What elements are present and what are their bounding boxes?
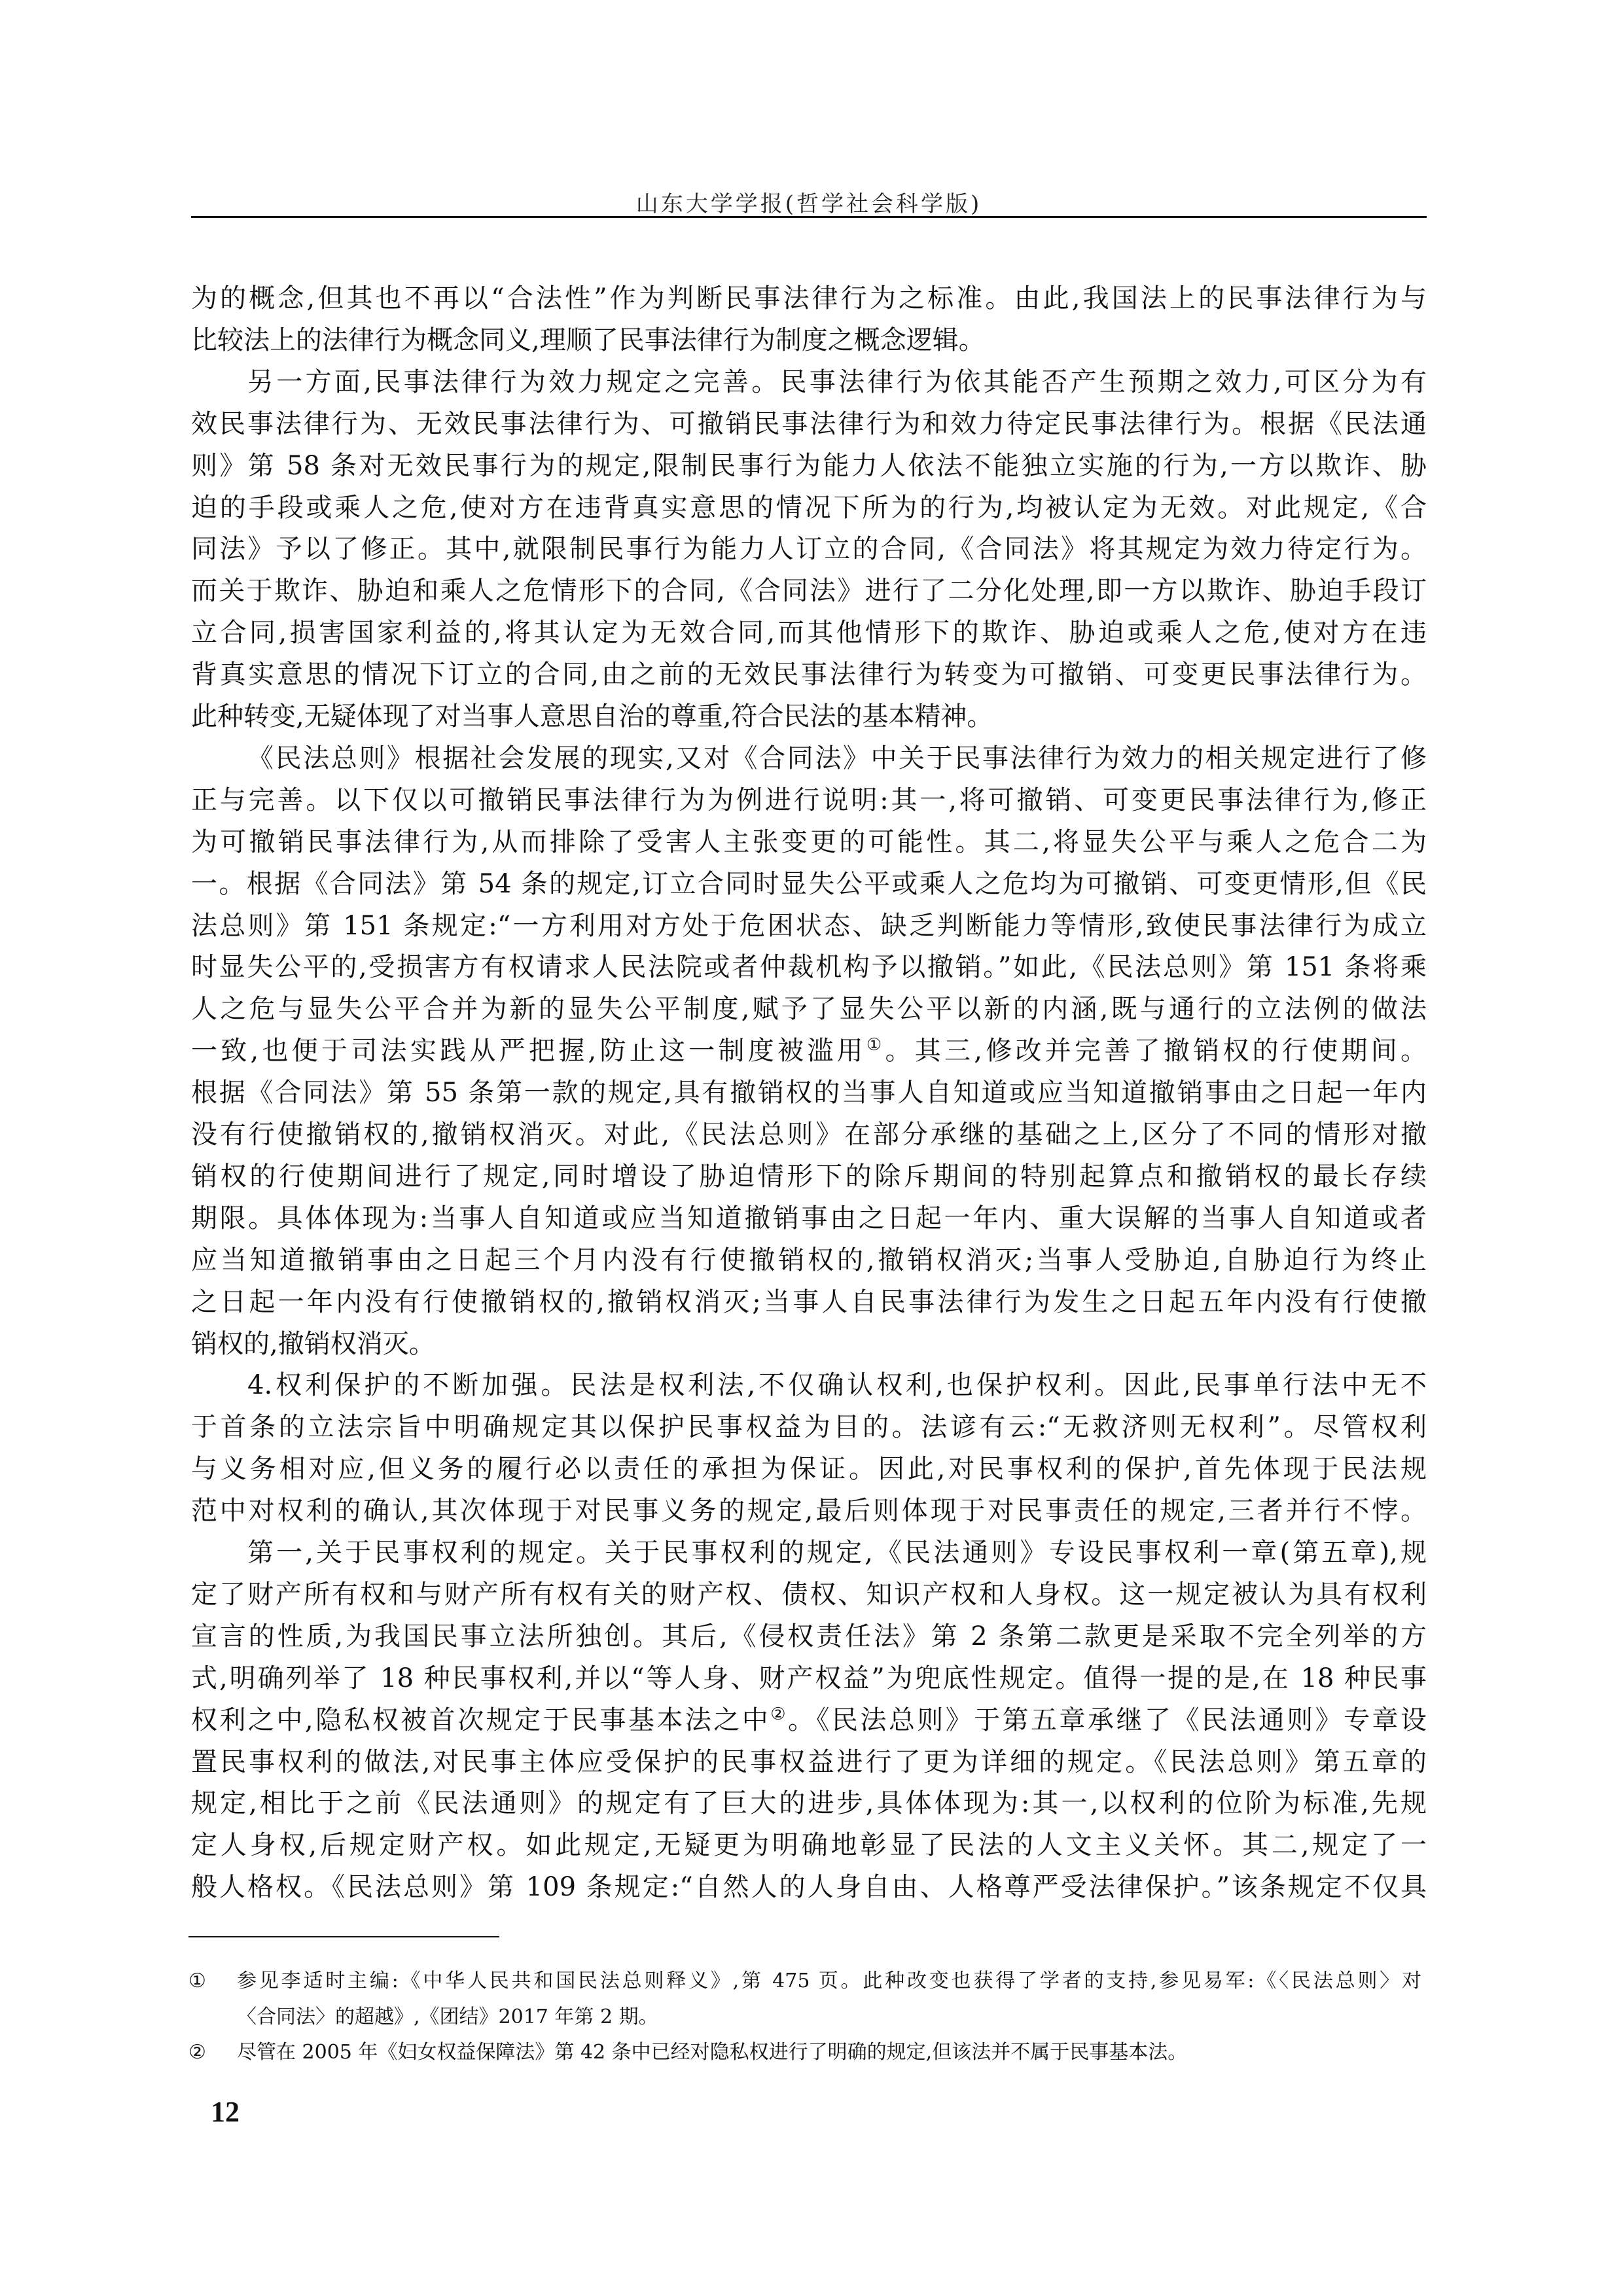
journal-page: 山东大学学报(哲学社会科学版) 为的概念,但其也不再以“合法性”作为判断民事法律…	[0, 0, 1623, 2296]
line-text: 根据《合同法》第 55 条第一款的规定,具有撤销权的当事人自知道或应当知道撤销事…	[191, 1078, 1427, 1108]
body-text-line: 定了财产所有权和与财产所有权有关的财产权、债权、知识产权和人身权。这一规定被认为…	[191, 1574, 1427, 1616]
line-text: 同法》予以了修正。其中,就限制民事行为能力人订立的合同,《合同法》将其规定为效力…	[191, 534, 1427, 564]
line-text: 定人身权,后规定财产权。如此规定,无疑更为明确地彰显了民法的人文主义关怀。其二,…	[191, 1830, 1427, 1860]
body-text-line: 一。根据《合同法》第 54 条的规定,订立合同时显失公平或乘人之危均为可撤销、可…	[191, 863, 1427, 905]
body-text-line: 则》第 58 条对无效民事行为的规定,限制民事行为能力人依法不能独立实施的行为,…	[191, 445, 1427, 487]
body-text-line: 立合同,损害国家利益的,将其认定为无效合同,而其他情形下的欺诈、胁迫或乘人之危,…	[191, 612, 1427, 654]
line-text: 法总则》第 151 条规定:“一方利用对方处于危困状态、缺乏判断能力等情形,致使…	[191, 911, 1427, 941]
body-text-line: 效民事法律行为、无效民事法律行为、可撤销民事法律行为和效力待定民事法律行为。根据…	[191, 403, 1427, 445]
body-text-line: 第一,关于民事权利的规定。关于民事权利的规定,《民法通则》专设民事权利一章(第五…	[247, 1532, 1427, 1574]
footnote-marker: ②	[188, 2035, 221, 2070]
line-text: 此种转变,无疑体现了对当事人意思自治的尊重,符合民法的基本精神。	[191, 701, 993, 732]
body-text-line: 此种转变,无疑体现了对当事人意思自治的尊重,符合民法的基本精神。	[191, 696, 1427, 737]
line-text: 一致,也便于司法实践从严把握,防止这一制度被滥用	[191, 1036, 866, 1066]
line-text: 式,明确列举了 18 种民事权利,并以“等人身、财产权益”为兜底性规定。值得一提…	[191, 1663, 1427, 1693]
body-text-line: 应当知道撤销事由之日起三个月内没有行使撤销权的,撤销权消灭;当事人受胁迫,自胁迫…	[191, 1239, 1427, 1281]
line-text: 第一,关于民事权利的规定。关于民事权利的规定,《民法通则》专设民事权利一章(第五…	[247, 1538, 1427, 1568]
body-text-line: 销权的行使期间进行了规定,同时增设了胁迫情形下的除斥期间的特别起算点和撤销权的最…	[191, 1156, 1427, 1197]
line-text: 权利之中,隐私权被首次规定于民事基本法之中	[191, 1705, 770, 1735]
line-text-continued: 。其三,修改并完善了撤销权的行使期间。	[885, 1036, 1427, 1066]
line-text: 于首条的立法宗旨中明确规定其以保护民事权益为目的。法谚有云:“无救济则无权利”。…	[191, 1412, 1427, 1442]
body-text-line: 根据《合同法》第 55 条第一款的规定,具有撤销权的当事人自知道或应当知道撤销事…	[191, 1072, 1427, 1114]
line-text: 范中对权利的确认,其次体现于对民事义务的规定,最后则体现于对民事责任的规定,三者…	[191, 1496, 1427, 1526]
body-text-line: 一致,也便于司法实践从严把握,防止这一制度被滥用①。其三,修改并完善了撤销权的行…	[191, 1030, 1427, 1072]
line-text: 而关于欺诈、胁迫和乘人之危情形下的合同,《合同法》进行了二分化处理,即一方以欺诈…	[191, 576, 1427, 606]
body-text-line: 为的概念,但其也不再以“合法性”作为判断民事法律行为之标准。由此,我国法上的民事…	[191, 277, 1427, 319]
body-text-line: 《民法总则》根据社会发展的现实,又对《合同法》中关于民事法律行为效力的相关规定进…	[247, 737, 1427, 779]
line-text: 另一方面,民事法律行为效力规定之完善。民事法律行为依其能否产生预期之效力,可区分…	[247, 367, 1427, 397]
body-text-line: 同法》予以了修正。其中,就限制民事行为能力人订立的合同,《合同法》将其规定为效力…	[191, 528, 1427, 570]
line-text: 应当知道撤销事由之日起三个月内没有行使撤销权的,撤销权消灭;当事人受胁迫,自胁迫…	[191, 1245, 1427, 1275]
line-text: 比较法上的法律行为概念同义,理顺了民事法律行为制度之概念逻辑。	[191, 325, 985, 355]
footnote-separator-rule	[188, 1936, 499, 1937]
body-text-line: 比较法上的法律行为概念同义,理顺了民事法律行为制度之概念逻辑。	[191, 319, 1427, 361]
body-text-line: 时显失公平的,受损害方有权请求人民法院或者仲裁机构予以撤销。”如此,《民法总则》…	[191, 946, 1427, 988]
footnote-marker: ①	[188, 1964, 221, 1999]
body-text-line: 迫的手段或乘人之危,使对方在违背真实意思的情况下所为的行为,均被认定为无效。对此…	[191, 487, 1427, 529]
body-text-line: 定人身权,后规定财产权。如此规定,无疑更为明确地彰显了民法的人文主义关怀。其二,…	[191, 1824, 1427, 1866]
body-text-line: 规定,相比于之前《民法通则》的规定有了巨大的进步,具体体现为:其一,以权利的位阶…	[191, 1782, 1427, 1824]
body-text-line: 置民事权利的做法,对民事主体应受保护的民事权益进行了更为详细的规定。《民法总则》…	[191, 1741, 1427, 1783]
line-text: 正与完善。以下仅以可撤销民事法律行为为例进行说明:其一,将可撤销、可变更民事法律…	[191, 785, 1427, 815]
line-text: 《民法总则》根据社会发展的现实,又对《合同法》中关于民事法律行为效力的相关规定进…	[247, 743, 1427, 773]
line-text: 般人格权。《民法总则》第 109 条规定:“自然人的人身自由、人格尊严受法律保护…	[191, 1872, 1427, 1902]
line-text: 一。根据《合同法》第 54 条的规定,订立合同时显失公平或乘人之危均为可撤销、可…	[191, 869, 1427, 899]
line-text: 背真实意思的情况下订立的合同,由之前的无效民事法律行为转变为可撤销、可变更民事法…	[191, 660, 1427, 690]
line-text: 置民事权利的做法,对民事主体应受保护的民事权益进行了更为详细的规定。《民法总则》…	[191, 1747, 1427, 1777]
body-text-line: 式,明确列举了 18 种民事权利,并以“等人身、财产权益”为兜底性规定。值得一提…	[191, 1657, 1427, 1699]
body-text-line: 宣言的性质,为我国民事立法所独创。其后,《侵权责任法》第 2 条第二款更是采取不…	[191, 1616, 1427, 1657]
line-text: 销权的行使期间进行了规定,同时增设了胁迫情形下的除斥期间的特别起算点和撤销权的最…	[191, 1161, 1427, 1192]
line-text: 销权的,撤销权消灭。	[191, 1329, 435, 1359]
line-text-continued: 。《民法总则》于第五章承继了《民法通则》专章设	[788, 1705, 1427, 1735]
footnote-text-line: 尽管在 2005 年《妇女权益保障法》第 42 条中已经对隐私权进行了明确的规定…	[237, 2035, 1421, 2070]
body-text-line: 4.权利保护的不断加强。民法是权利法,不仅确认权利,也保护权利。因此,民事单行法…	[247, 1364, 1427, 1406]
body-text-line: 权利之中,隐私权被首次规定于民事基本法之中②。《民法总则》于第五章承继了《民法通…	[191, 1699, 1427, 1741]
body-text-line: 没有行使撤销权的,撤销权消灭。对此,《民法总则》在部分承继的基础之上,区分了不同…	[191, 1114, 1427, 1156]
body-text-line: 于首条的立法宗旨中明确规定其以保护民事权益为目的。法谚有云:“无救济则无权利”。…	[191, 1406, 1427, 1448]
footnote-reference-marker[interactable]: ①	[866, 1035, 885, 1055]
header-rule	[191, 216, 1427, 218]
line-text: 规定,相比于之前《民法通则》的规定有了巨大的进步,具体体现为:其一,以权利的位阶…	[191, 1788, 1427, 1818]
body-text-line: 人之危与显失公平合并为新的显失公平制度,赋予了显失公平以新的内涵,既与通行的立法…	[191, 988, 1427, 1030]
body-text-line: 期限。具体体现为:当事人自知道或应当知道撤销事由之日起一年内、重大误解的当事人自…	[191, 1197, 1427, 1239]
body-text-line: 而关于欺诈、胁迫和乘人之危情形下的合同,《合同法》进行了二分化处理,即一方以欺诈…	[191, 570, 1427, 612]
body-text-line: 销权的,撤销权消灭。	[191, 1323, 1427, 1365]
footnote-reference-marker[interactable]: ②	[770, 1704, 788, 1724]
line-text: 人之危与显失公平合并为新的显失公平制度,赋予了显失公平以新的内涵,既与通行的立法…	[191, 994, 1427, 1024]
footnote-text-line: 〈合同法〉的超越》,《团结》2017 年第 2 期。	[237, 2000, 1421, 2035]
line-text: 期限。具体体现为:当事人自知道或应当知道撤销事由之日起一年内、重大误解的当事人自…	[191, 1203, 1427, 1233]
line-text: 宣言的性质,为我国民事立法所独创。其后,《侵权责任法》第 2 条第二款更是采取不…	[191, 1621, 1427, 1651]
body-text-line: 正与完善。以下仅以可撤销民事法律行为为例进行说明:其一,将可撤销、可变更民事法律…	[191, 779, 1427, 821]
body-text-line: 之日起一年内没有行使撤销权的,撤销权消灭;当事人自民事法律行为发生之日起五年内没…	[191, 1281, 1427, 1323]
body-text-line: 背真实意思的情况下订立的合同,由之前的无效民事法律行为转变为可撤销、可变更民事法…	[191, 654, 1427, 696]
line-text: 定了财产所有权和与财产所有权有关的财产权、债权、知识产权和人身权。这一规定被认为…	[191, 1580, 1427, 1610]
body-text-line: 为可撤销民事法律行为,从而排除了受害人主张变更的可能性。其二,将显失公平与乘人之…	[191, 821, 1427, 863]
line-text: 之日起一年内没有行使撤销权的,撤销权消灭;当事人自民事法律行为发生之日起五年内没…	[191, 1287, 1427, 1317]
body-text-line: 范中对权利的确认,其次体现于对民事义务的规定,最后则体现于对民事责任的规定,三者…	[191, 1490, 1427, 1532]
footnote-text-line: 参见李适时主编:《中华人民共和国民法总则释义》,第 475 页。此种改变也获得了…	[237, 1964, 1421, 1999]
line-text: 没有行使撤销权的,撤销权消灭。对此,《民法总则》在部分承继的基础之上,区分了不同…	[191, 1120, 1427, 1150]
line-text: 与义务相对应,但义务的履行必以责任的承担为保证。因此,对民事权利的保护,首先体现…	[191, 1454, 1427, 1484]
line-text: 则》第 58 条对无效民事行为的规定,限制民事行为能力人依法不能独立实施的行为,…	[191, 451, 1427, 481]
body-text-line: 法总则》第 151 条规定:“一方利用对方处于危困状态、缺乏判断能力等情形,致使…	[191, 905, 1427, 947]
line-text: 为可撤销民事法律行为,从而排除了受害人主张变更的可能性。其二,将显失公平与乘人之…	[191, 827, 1427, 857]
body-text-line: 与义务相对应,但义务的履行必以责任的承担为保证。因此,对民事权利的保护,首先体现…	[191, 1448, 1427, 1490]
body-text-line: 另一方面,民事法律行为效力规定之完善。民事法律行为依其能否产生预期之效力,可区分…	[247, 361, 1427, 403]
line-text: 时显失公平的,受损害方有权请求人民法院或者仲裁机构予以撤销。”如此,《民法总则》…	[191, 952, 1427, 982]
line-text: 4.权利保护的不断加强。民法是权利法,不仅确认权利,也保护权利。因此,民事单行法…	[247, 1370, 1427, 1400]
running-head-journal-title: 山东大学学报(哲学社会科学版)	[191, 190, 1427, 219]
body-text-line: 般人格权。《民法总则》第 109 条规定:“自然人的人身自由、人格尊严受法律保护…	[191, 1866, 1427, 1908]
page-number: 12	[211, 2094, 240, 2130]
line-text: 为的概念,但其也不再以“合法性”作为判断民事法律行为之标准。由此,我国法上的民事…	[191, 283, 1427, 313]
line-text: 立合同,损害国家利益的,将其认定为无效合同,而其他情形下的欺诈、胁迫或乘人之危,…	[191, 618, 1427, 648]
line-text: 效民事法律行为、无效民事法律行为、可撤销民事法律行为和效力待定民事法律行为。根据…	[191, 409, 1427, 439]
line-text: 迫的手段或乘人之危,使对方在违背真实意思的情况下所为的行为,均被认定为无效。对此…	[191, 493, 1427, 523]
